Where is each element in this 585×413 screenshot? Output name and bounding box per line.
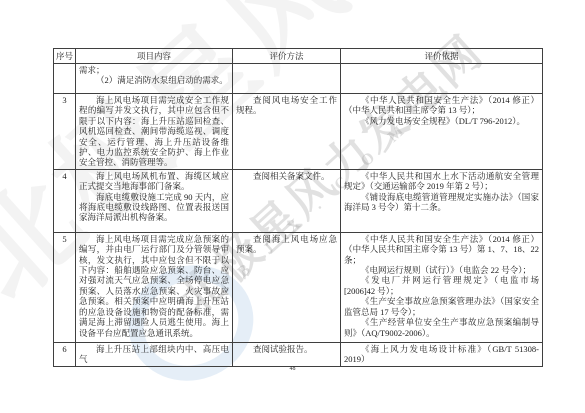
content-paragraph: 海上风电场项目需完成安全工作规程的编写并发文执行，其中应包含但不限于以下内容：海… <box>79 95 229 168</box>
basis-cell: 《中华人民共和国安全生产法》（2014 修正）（中华人民共和国主席令第 13 号… <box>341 94 543 170</box>
col-header-basis: 评价依据 <box>341 49 543 64</box>
seq-cell: 3 <box>54 94 76 170</box>
content-cell: 需求； （2）满足消防水泵组启动的需求。 <box>76 64 233 94</box>
method-paragraph: 查阅相关备案文件。 <box>236 171 337 181</box>
content-paragraph: 海底电缆敷设施工完成 90 天内，应将海底电缆敷设线路图、位置表报送国家海洋局派… <box>79 192 229 223</box>
method-cell: 查阅试验报告。 <box>233 342 341 366</box>
basis-cell: 《中华人民共和国安全生产法》（2014 修正）（中华人民共和国主席令第 13 号… <box>341 232 543 342</box>
method-paragraph: 查阅风电场安全工作规程。 <box>236 95 337 116</box>
page-number: 48 <box>0 366 585 372</box>
seq-cell: 4 <box>54 169 76 232</box>
content-paragraph: （2）满足消防水泵组启动的需求。 <box>79 75 229 85</box>
basis-cell: 《海上风力发电场设计标准》（GB/T 51308-2019） <box>341 342 543 366</box>
method-cell: 查阅相关备案文件。 <box>233 169 341 232</box>
content-cell: 海上风电场项目需完成安全工作规程的编写并发文执行，其中应包含但不限于以下内容：海… <box>76 94 233 170</box>
col-header-method: 评价方法 <box>233 49 341 64</box>
basis-paragraph: 《风力发电场安全规程》（DL/T 796-2012）。 <box>344 116 539 126</box>
col-header-index: 序号 <box>54 49 76 64</box>
content-cell: 海上风电场项目需完成应急预案的编写，并由电厂运行部门及分管领导审核，发文执行，其… <box>76 232 233 342</box>
basis-paragraph: 《生产安全事故应急预案管理办法》（国家安全监管总局 17 号令）； <box>344 296 539 317</box>
content-paragraph: 海上升压站上部组块内中、高压电气 <box>79 344 229 365</box>
content-paragraph: 海上风电场项目需完成应急预案的编写，并由电厂运行部门及分管领导审核，发文执行，其… <box>79 234 229 338</box>
table-row: 6 海上升压站上部组块内中、高压电气 查阅试验报告。 《海上风力发电场设计标准》… <box>54 342 543 366</box>
table-header-row: 序号 项目内容 评价方法 评价依据 <box>54 49 543 64</box>
basis-paragraph: 《中华人民共和国安全生产法》（2014 修正）（中华人民共和国主席令第 13 号… <box>344 234 539 265</box>
table-row: 5 海上风电场项目需完成应急预案的编写，并由电厂运行部门及分管领导审核，发文执行… <box>54 232 543 342</box>
content-cell: 海上风电场风机布置、海缆区域应正式提交当地海事部门备案。 海底电缆敷设施工完成 … <box>76 169 233 232</box>
method-paragraph: 查阅海上风电场应急预案。 <box>236 234 337 255</box>
method-cell <box>233 64 341 94</box>
table-row: 3 海上风电场项目需完成安全工作规程的编写并发文执行，其中应包含但不限于以下内容… <box>54 94 543 170</box>
content-paragraph: 需求； <box>79 65 229 75</box>
method-cell: 查阅海上风电场应急预案。 <box>233 232 341 342</box>
evaluation-table: 序号 项目内容 评价方法 评价依据 需求； （2）满足消防水泵组启动的需求。 3… <box>53 48 543 367</box>
content-paragraph: 海上风电场风机布置、海缆区域应正式提交当地海事部门备案。 <box>79 171 229 192</box>
content-cell: 海上升压站上部组块内中、高压电气 <box>76 342 233 366</box>
basis-paragraph: 《海上风力发电场设计标准》（GB/T 51308-2019） <box>344 344 539 365</box>
seq-cell: 5 <box>54 232 76 342</box>
col-header-content: 项目内容 <box>76 49 233 64</box>
basis-paragraph: 《中华人民共和国安全生产法》（2014 修正）（中华人民共和国主席令第 13 号… <box>344 95 539 116</box>
basis-paragraph: 《发电厂并网运行管理规定》（电监市场[2006]42 号）； <box>344 275 539 296</box>
basis-paragraph: 《电网运行规则（试行）》（电监会 22 号令）； <box>344 265 539 275</box>
basis-paragraph: 《中华人民共和国水上水下活动通航安全管理规定》（交通运输部令 2019 年第 2… <box>344 171 539 192</box>
basis-paragraph: 《铺设海底电缆管道管理规定实施办法》（国家海洋局 3 号令）第十二条。 <box>344 192 539 213</box>
method-cell: 查阅风电场安全工作规程。 <box>233 94 341 170</box>
seq-cell <box>54 64 76 94</box>
seq-cell: 6 <box>54 342 76 366</box>
basis-paragraph: 《生产经营单位安全生产事故应急预案编制导则》（AQ/T9002-2006）。 <box>344 317 539 338</box>
table-row: 需求； （2）满足消防水泵组启动的需求。 <box>54 64 543 94</box>
basis-cell <box>341 64 543 94</box>
basis-cell: 《中华人民共和国水上水下活动通航安全管理规定》（交通运输部令 2019 年第 2… <box>341 169 543 232</box>
table-row: 4 海上风电场风机布置、海缆区域应正式提交当地海事部门备案。 海底电缆敷设施工完… <box>54 169 543 232</box>
method-paragraph: 查阅试验报告。 <box>236 344 337 354</box>
document-page: 北极星风力发电网 北极星风力发电网 B J X . C O M 序号 项目内容 … <box>0 0 585 413</box>
